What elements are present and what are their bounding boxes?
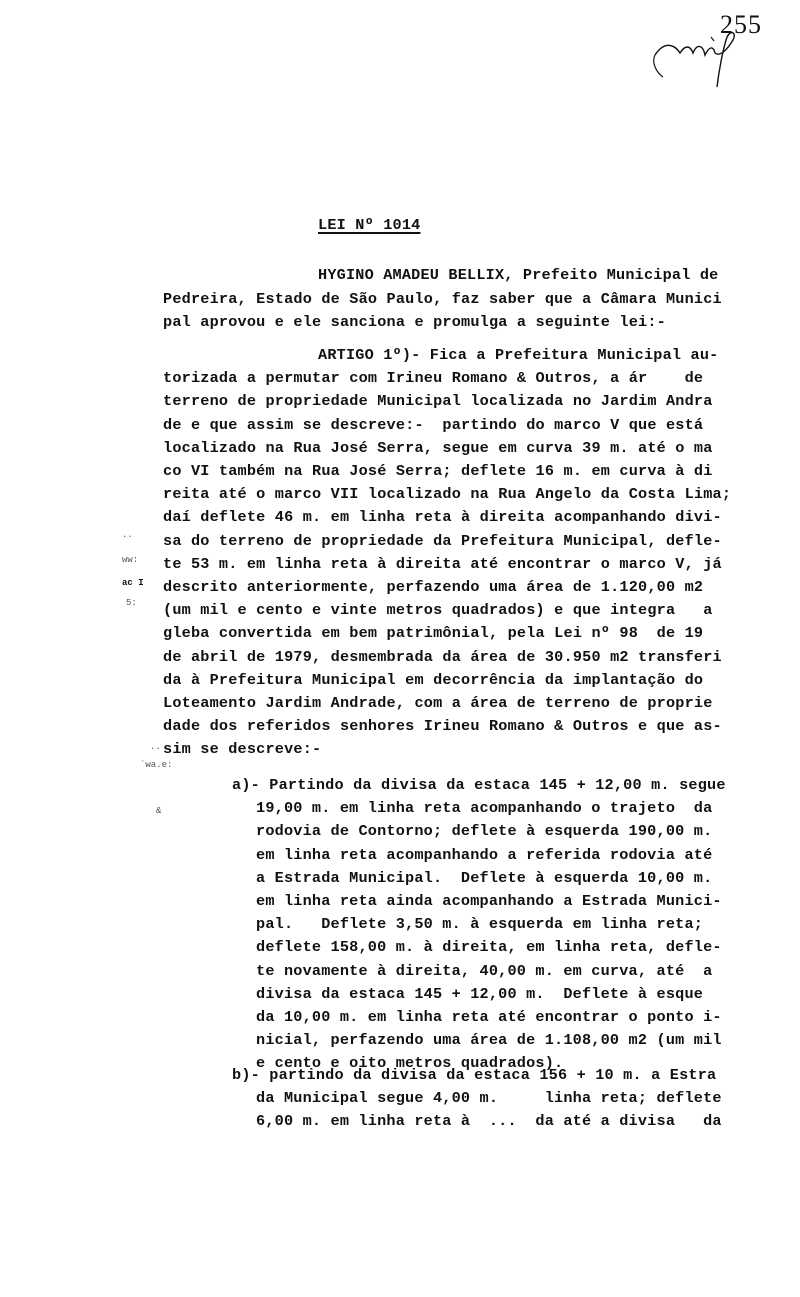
article-1-line: descrito anteriormente, perfazendo uma á… bbox=[163, 578, 703, 597]
item-a-line: rodovia de Contorno; deflete à esquerda … bbox=[256, 822, 712, 841]
item-a-line: a Estrada Municipal. Deflete à esquerda … bbox=[256, 869, 712, 888]
item-a-line: da 10,00 m. em linha reta até encontrar … bbox=[256, 1008, 722, 1027]
article-1-line: reita até o marco VII localizado na Rua … bbox=[163, 485, 731, 504]
item-a-line: pal. Deflete 3,50 m. à esquerda em linha… bbox=[256, 915, 703, 934]
article-1-line: torizada a permutar com Irineu Romano & … bbox=[163, 369, 703, 388]
margin-mark: ac I bbox=[122, 578, 144, 588]
item-a-line: nicial, perfazendo uma área de 1.108,00 … bbox=[256, 1031, 722, 1050]
article-1-line: sa do terreno de propriedade da Prefeitu… bbox=[163, 532, 722, 551]
item-b-line: 6,00 m. em linha reta à ... da até a div… bbox=[256, 1112, 722, 1131]
article-1-line: localizado na Rua José Serra, segue em c… bbox=[163, 439, 713, 458]
item-a-line: a)- Partindo da divisa da estaca 145 + 1… bbox=[232, 776, 726, 795]
article-1-line: te 53 m. em linha reta à direita até enc… bbox=[163, 555, 722, 574]
margin-mark: 5: bbox=[126, 598, 137, 608]
item-a-line: em linha reta ainda acompanhando a Estra… bbox=[256, 892, 722, 911]
margin-mark: .. bbox=[122, 530, 133, 540]
article-1-line: terreno de propriedade Municipal localiz… bbox=[163, 392, 713, 411]
preamble-line: pal aprovou e ele sanciona e promulga a … bbox=[163, 313, 666, 332]
margin-mark: .. bbox=[150, 742, 161, 752]
item-a-line: divisa da estaca 145 + 12,00 m. Deflete … bbox=[256, 985, 703, 1004]
article-1-line: (um mil e cento e vinte metros quadrados… bbox=[163, 601, 713, 620]
article-1-line: ARTIGO 1º)- Fica a Prefeitura Municipal … bbox=[318, 346, 719, 365]
article-1-line: Loteamento Jardim Andrade, com a área de… bbox=[163, 694, 713, 713]
article-1-line: sim se descreve:- bbox=[163, 740, 321, 759]
article-1-line: dade dos referidos senhores Irineu Roman… bbox=[163, 717, 722, 736]
article-1-line: daí deflete 46 m. em linha reta à direit… bbox=[163, 508, 722, 527]
margin-mark: & bbox=[156, 806, 161, 816]
item-a-line: em linha reta acompanhando a referida ro… bbox=[256, 846, 712, 865]
item-a-line: te novamente à direita, 40,00 m. em curv… bbox=[256, 962, 712, 981]
item-a-line: deflete 158,00 m. à direita, em linha re… bbox=[256, 938, 722, 957]
article-1-line: co VI também na Rua José Serra; deflete … bbox=[163, 462, 713, 481]
item-a-line: 19,00 m. em linha reta acompanhando o tr… bbox=[256, 799, 712, 818]
preamble-line: HYGINO AMADEU BELLIX, Prefeito Municipal… bbox=[318, 266, 719, 285]
margin-mark: ww: bbox=[122, 555, 138, 565]
item-b-line: b)- partindo da divisa da estaca 156 + 1… bbox=[232, 1066, 716, 1085]
document-page: 255 LEI Nº 1014 HYGINO AMADEU BELLIX, Pr… bbox=[0, 0, 800, 1297]
law-title: LEI Nº 1014 bbox=[318, 216, 420, 235]
margin-mark: `wa.e: bbox=[140, 760, 172, 770]
preamble-line: Pedreira, Estado de São Paulo, faz saber… bbox=[163, 290, 722, 309]
page-number: 255 bbox=[720, 10, 762, 40]
article-1-line: de e que assim se descreve:- partindo do… bbox=[163, 416, 703, 435]
article-1-line: da à Prefeitura Municipal em decorrência… bbox=[163, 671, 703, 690]
item-b-line: da Municipal segue 4,00 m. linha reta; d… bbox=[256, 1089, 722, 1108]
article-1-line: gleba convertida em bem patrimônial, pel… bbox=[163, 624, 703, 643]
article-1-line: de abril de 1979, desmembrada da área de… bbox=[163, 648, 722, 667]
